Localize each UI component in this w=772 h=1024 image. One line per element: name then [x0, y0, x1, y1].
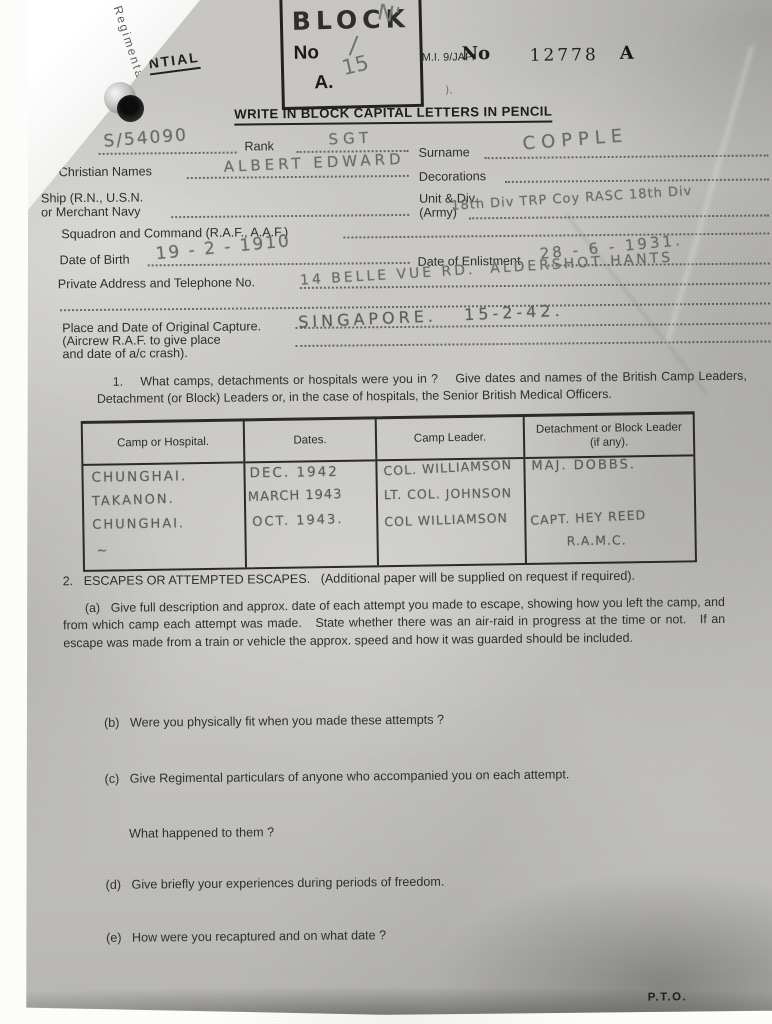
- dotted-line: [148, 262, 410, 267]
- question-2b-text: (b) Were you physically fit when you mad…: [104, 713, 444, 730]
- question-2c-text: (c) Give Regimental particulars of anyon…: [105, 767, 570, 785]
- dotted-line: [485, 154, 769, 159]
- ship-label-line2: or Merchant Navy: [41, 204, 141, 219]
- hand-rank-value: SGT: [328, 128, 374, 148]
- cell-dates-row1: DEC. 1942: [249, 464, 339, 481]
- question-2c-followup-text: What happened to them ?: [129, 825, 274, 840]
- hand-unit-div-value: 18th Div TRP Coy RASC 18th Div: [451, 184, 693, 214]
- ref-series-letter: A: [620, 43, 634, 64]
- cell-dates-row3: OCT. 1943.: [252, 512, 344, 530]
- dotted-line: [295, 340, 770, 347]
- form-content: NTIAL BLOCK No / A. 15 N' M.I. 9/JAP/ No…: [0, 0, 772, 1024]
- capture-label-line3: and date of a/c crash).: [62, 346, 187, 361]
- ref-no-label: No: [462, 43, 491, 64]
- question-2e-text: (e) How were you recaptured and on what …: [106, 928, 386, 945]
- ship-label-line1: Ship (R.N., U.S.N.: [41, 190, 143, 205]
- question-2d-text: (d) Give briefly your experiences during…: [106, 875, 445, 892]
- table-header-leader: Camp Leader.: [377, 417, 524, 461]
- cell-camp-row2: TAKANON.: [92, 492, 175, 510]
- date-of-birth-label: Date of Birth: [60, 253, 130, 268]
- hand-surname-value: COPPLE: [522, 125, 629, 154]
- cell-camp-row3: CHUNGHAI.: [92, 516, 185, 532]
- scanned-pow-questionnaire: NTIAL BLOCK No / A. 15 N' M.I. 9/JAP/ No…: [0, 0, 772, 1024]
- form-heading: WRITE IN BLOCK CAPITAL LETTERS IN PENCIL: [234, 104, 552, 126]
- ref-serial-number: 12778: [530, 45, 599, 66]
- private-address-label: Private Address and Telephone No.: [58, 275, 255, 291]
- pencil-small-mark: ).: [445, 83, 453, 96]
- question-1-text: 1. What camps, detachments or hospitals …: [97, 368, 747, 409]
- dotted-line: [99, 152, 237, 155]
- table-header-detachment: Detachment or Block Leader (if any).: [525, 414, 694, 459]
- table-header-dates: Dates.: [245, 419, 376, 463]
- dotted-line: [469, 214, 769, 219]
- rank-label: Rank: [244, 139, 274, 153]
- stamp-no-label: No: [293, 42, 319, 65]
- stamp-a-handwritten-value: 15: [340, 51, 372, 81]
- hand-army-number: S/54090: [103, 125, 189, 152]
- christian-names-label: Christian Names: [59, 164, 152, 179]
- question-2-title: 2. ESCAPES OR ATTEMPTED ESCAPES. (Additi…: [63, 569, 635, 588]
- cell-detachment-row1: MAJ. DOBBS.: [531, 457, 636, 474]
- cell-camp-squiggle: ~: [97, 544, 108, 559]
- block-number-stamp-box: BLOCK No / A. 15: [279, 0, 424, 110]
- dotted-line: [343, 232, 769, 238]
- camps-table: Camp or Hospital. Dates. Camp Leader. De…: [81, 411, 697, 572]
- dotted-line: [187, 175, 409, 179]
- fastener-punch-hole: [117, 95, 144, 122]
- cell-detachment-row3-line2: R.A.M.C.: [567, 532, 627, 548]
- cell-dates-row2: MARCH 1943: [248, 487, 343, 505]
- decorations-label: Decorations: [419, 169, 486, 184]
- stamp-a-label: A.: [314, 72, 334, 94]
- pto-label: P.T.O.: [648, 991, 688, 1003]
- hand-christian-names-value: ALBERT EDWARD: [223, 150, 405, 176]
- cell-camp-row1: CHUNGHAI.: [91, 468, 187, 486]
- dotted-line: [171, 214, 409, 218]
- table-header-camp: Camp or Hospital.: [83, 421, 244, 466]
- question-2a-text: (a) Give full description and approx. da…: [63, 594, 725, 652]
- cell-leader-row2: LT. COL. JOHNSON: [384, 485, 512, 502]
- surname-label: Surname: [419, 145, 470, 159]
- dotted-line: [505, 178, 769, 183]
